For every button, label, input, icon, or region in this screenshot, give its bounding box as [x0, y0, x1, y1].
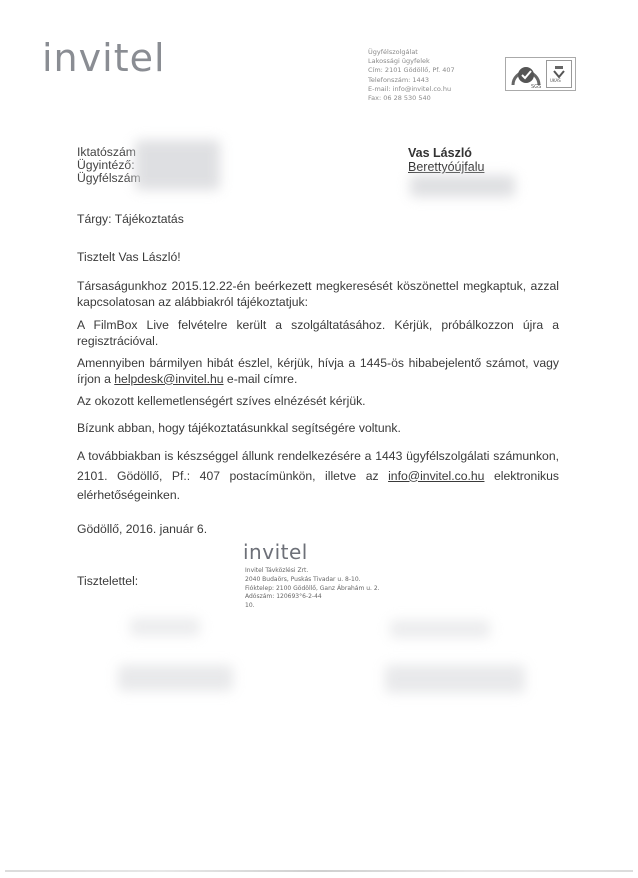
info-email-link[interactable]: info@invitel.co.hu: [388, 469, 484, 483]
stamp-invitel-logo: invitel: [243, 540, 308, 564]
helpdesk-text-after: e-mail címre.: [224, 372, 298, 386]
place-and-date: Gödöllő, 2016. január 6.: [77, 522, 559, 538]
redacted-reference-values: [135, 140, 220, 190]
helpdesk-email-link[interactable]: helpdesk@invitel.hu: [114, 372, 223, 386]
contact-line: Fax: 06 28 530 540: [368, 94, 455, 103]
contact-line: Ügyfélszolgálat: [368, 48, 455, 57]
contact-line: E-mail: info@invitel.co.hu: [368, 85, 455, 94]
recipient-address: Vas László Berettyóújfalu: [408, 146, 484, 174]
salutation: Tisztelt Vas László!: [77, 250, 559, 266]
stamp-line: Invitel Távközlési Zrt.: [245, 567, 380, 576]
paragraph-contact-info: A továbbiakban is készséggel állunk rend…: [77, 447, 559, 506]
ukas-certification-icon: UKAS: [546, 60, 572, 88]
stamp-line: Adószám: 120693°6-2-44: [245, 593, 380, 602]
paragraph-closing-hope: Bízunk abban, hogy tájékoztatásunkkal se…: [77, 421, 559, 437]
redacted-signature-right: [390, 620, 490, 638]
redacted-signer-left: [118, 665, 233, 691]
stamp-line: Fióktelep: 2100 Gödöllő, Ganz Ábrahám u.…: [245, 585, 380, 594]
ukas-label: UKAS: [550, 78, 561, 83]
stamp-line: 10.: [245, 602, 380, 611]
recipient-city: Berettyóújfalu: [408, 160, 484, 174]
customer-number-label: Ügyfélszám: [77, 172, 141, 185]
subject-line: Tárgy: Tájékoztatás: [77, 212, 559, 228]
paragraph-helpdesk: Amennyiben bármilyen hibát észlel, kérjü…: [77, 356, 559, 387]
stamp-line: 2040 Budaörs, Puskás Tivadar u. 8-10.: [245, 576, 380, 585]
contact-line: Telefonszám: 1443: [368, 76, 455, 85]
certification-badges: SGS UKAS: [505, 57, 576, 91]
paragraph-acknowledgement: Társaságunkhoz 2015.12.22-én beérkezett …: [77, 279, 559, 310]
reference-block: Iktatószám Ügyintéző: Ügyfélszám: [77, 146, 141, 185]
customer-service-contact: Ügyfélszolgálat Lakossági ügyfelek Cím: …: [368, 48, 455, 103]
sgs-label: SGS: [531, 84, 541, 89]
redacted-recipient-address: [410, 175, 515, 197]
scan-edge-line: [5, 870, 633, 872]
company-stamp: Invitel Távközlési Zrt. 2040 Budaörs, Pu…: [245, 567, 380, 611]
redacted-signature-left: [130, 618, 200, 636]
paragraph-apology: Az okozott kellemetlenségért szíves elné…: [77, 394, 559, 410]
paragraph-filmbox-info: A FilmBox Live felvételre került a szolg…: [77, 318, 559, 349]
contact-line: Cím: 2101 Gödöllő, Pf. 407: [368, 66, 455, 75]
recipient-name: Vas László: [408, 146, 484, 160]
redacted-signer-right: [385, 665, 525, 693]
invitel-logo: invitel: [42, 36, 166, 80]
sgs-certification-icon: SGS: [509, 59, 543, 89]
